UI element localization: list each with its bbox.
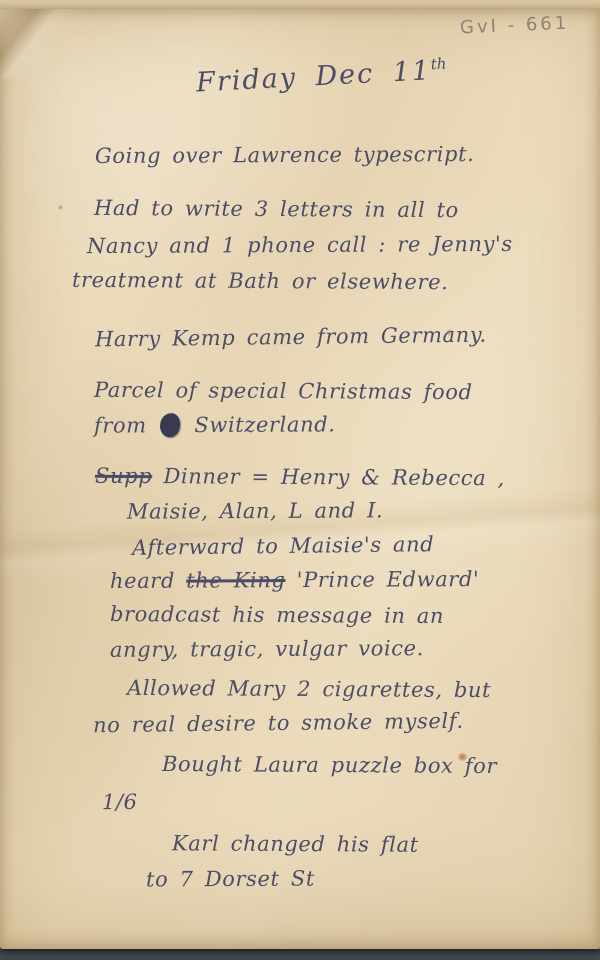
handwriting-text: angry, tragic, vulgar voice. xyxy=(110,636,424,662)
handwriting-text: 'Prince Edward' xyxy=(285,567,479,592)
diary-line: 1/6 xyxy=(102,790,138,814)
date-heading-superscript: th xyxy=(430,54,447,73)
diary-line: Karl changed his flat xyxy=(172,831,419,857)
foxing-stain xyxy=(58,205,63,210)
handwriting-text: Parcel of special Christmas food xyxy=(94,378,473,404)
diary-line: Afterward to Maisie's and xyxy=(132,532,435,560)
diary-line: to 7 Dorset St xyxy=(146,867,315,892)
diary-line: Nancy and 1 phone call : re Jenny's xyxy=(87,232,513,258)
handwriting-text: Had to write 3 letters in all to xyxy=(94,196,459,222)
corner-fold-crease xyxy=(0,9,90,79)
diary-line: Allowed Mary 2 cigarettes, but xyxy=(127,676,491,702)
diary-line: heard the King 'Prince Edward' xyxy=(110,567,479,593)
scanned-page-stage: GvI - 661 Friday Dec 11th Going over Law… xyxy=(0,0,600,960)
diary-line: no real desire to smoke myself. xyxy=(93,709,464,738)
handwriting-text: Afterward to Maisie's and xyxy=(132,532,435,560)
handwriting-text: Harry Kemp came from Germany. xyxy=(95,323,487,352)
diary-line: Supp Dinner = Henry & Rebecca , xyxy=(95,464,505,491)
handwriting-text: Going over Lawrence typescript. xyxy=(95,142,474,168)
handwriting-text: no real desire to smoke myself. xyxy=(93,709,464,738)
date-heading-main: Friday Dec 11 xyxy=(195,55,431,98)
struck-out-text: the King xyxy=(186,568,285,593)
handwriting-text: Karl changed his flat xyxy=(172,831,419,857)
handwriting-text: Maisie, Alan, L and I. xyxy=(127,498,383,523)
archive-mark-pencil: GvI - 661 xyxy=(460,13,570,39)
diary-line: broadcast his message in an xyxy=(110,602,444,628)
date-heading: Friday Dec 11th xyxy=(195,54,447,98)
handwriting-text: Bought Laura puzzle box for xyxy=(162,752,497,778)
diary-line: angry, tragic, vulgar voice. xyxy=(110,636,424,662)
handwriting-text: to 7 Dorset St xyxy=(146,867,315,892)
diary-line: Going over Lawrence typescript. xyxy=(95,142,474,168)
struck-out-text: Supp xyxy=(95,464,152,488)
handwriting-text: 1/6 xyxy=(102,790,138,814)
diary-line: Maisie, Alan, L and I. xyxy=(127,498,383,523)
diary-line: Harry Kemp came from Germany. xyxy=(95,323,487,352)
handwriting-text: Dinner = Henry & Rebecca , xyxy=(152,464,505,490)
diary-line: Parcel of special Christmas food xyxy=(94,378,473,404)
handwriting-text: Nancy and 1 phone call : re Jenny's xyxy=(87,232,513,258)
diary-page: GvI - 661 Friday Dec 11th Going over Law… xyxy=(0,9,600,949)
handwriting-text: broadcast his message in an xyxy=(110,602,444,628)
handwriting-text: Switzerland. xyxy=(183,412,336,437)
handwriting-text: heard xyxy=(110,569,186,593)
diary-line: from B Switzerland. xyxy=(94,412,336,437)
handwriting-text: treatment at Bath or elsewhere. xyxy=(72,268,449,294)
handwriting-text: from xyxy=(94,413,158,437)
ink-blot: B xyxy=(160,413,180,437)
diary-line: Had to write 3 letters in all to xyxy=(94,196,459,222)
handwriting-text: Allowed Mary 2 cigarettes, but xyxy=(127,676,491,702)
diary-line: treatment at Bath or elsewhere. xyxy=(72,268,449,294)
diary-line: Bought Laura puzzle box for xyxy=(162,752,497,778)
